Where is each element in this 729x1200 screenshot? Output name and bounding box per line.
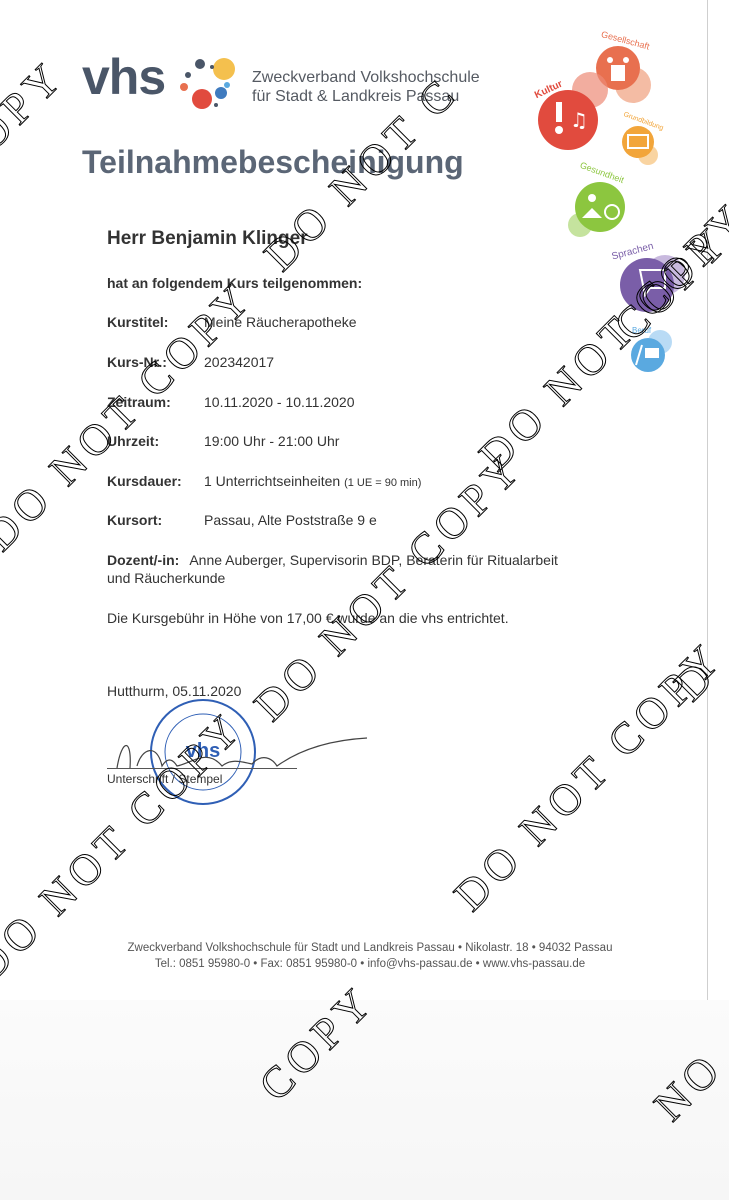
- org-name-line2: für Stadt & Landkreis Passau: [252, 87, 480, 106]
- signature-label: Unterschrift / Stempel: [107, 772, 222, 786]
- svg-text:Gesundheit: Gesundheit: [579, 160, 626, 185]
- field-value: 1 Unterrichtseinheiten: [204, 473, 340, 489]
- field-value: 19:00 Uhr - 21:00 Uhr: [204, 433, 339, 449]
- watermark: DO NOT COPY: [444, 631, 729, 921]
- recipient-name: Herr Benjamin Klinger: [107, 228, 308, 250]
- fee-statement: Die Kursgebühr in Höhe von 17,00 € wurde…: [107, 610, 509, 626]
- footer-contact: Tel.: 0851 95980-0 • Fax: 0851 95980-0 •…: [80, 956, 660, 972]
- field-time: Uhrzeit:19:00 Uhr - 21:00 Uhr: [107, 433, 339, 449]
- field-value: 202342017: [204, 354, 274, 370]
- signature-line: [107, 768, 297, 769]
- field-duration: Kursdauer:1 Unterrichtseinheiten (1 UE =…: [107, 473, 421, 489]
- field-note: (1 UE = 90 min): [344, 477, 421, 489]
- watermark: D: [664, 648, 727, 711]
- field-lecturer: Dozent/-in:Anne Auberger, Supervisorin B…: [107, 551, 567, 587]
- gesundheit-icon: Gesundheit: [568, 160, 626, 237]
- category-bubbles: Gesellschaft ♫ Kultur Grundbildung Gesun…: [530, 30, 700, 390]
- organization-name: Zweckverband Volkshochschule für Stadt &…: [252, 68, 480, 106]
- grundbildung-icon: Grundbildung: [622, 111, 664, 165]
- field-label: Kursort:: [107, 512, 204, 528]
- field-course-number: Kurs-Nr.:202342017: [107, 354, 274, 370]
- field-course-title: Kurstitel:Meine Räucherapotheke: [107, 314, 357, 330]
- intro-text: hat an folgendem Kurs teilgenommen:: [107, 275, 362, 291]
- page-edge: [707, 0, 708, 1000]
- watermark: OPY: [0, 50, 75, 161]
- beruf-icon: Beruf: [631, 326, 672, 372]
- svg-text:♫: ♫: [570, 108, 588, 132]
- svg-text:Beruf: Beruf: [632, 326, 652, 335]
- field-value: 10.11.2020 - 10.11.2020: [204, 394, 355, 410]
- org-name-line1: Zweckverband Volkshochschule: [252, 68, 480, 87]
- footer-address: Zweckverband Volkshochschule für Stadt u…: [80, 940, 660, 956]
- scan-margin: [0, 1000, 729, 1200]
- field-label: Kurstitel:: [107, 314, 204, 330]
- footer: Zweckverband Volkshochschule für Stadt u…: [80, 940, 660, 972]
- sprachen-icon: Sprachen: [611, 241, 685, 312]
- kultur-icon: ♫ Kultur: [533, 72, 608, 150]
- field-label: Kursdauer:: [107, 473, 204, 489]
- field-value: Passau, Alte Poststraße 9 e: [204, 512, 377, 528]
- field-label: Uhrzeit:: [107, 433, 204, 449]
- field-period: Zeitraum:10.11.2020 - 10.11.2020: [107, 394, 355, 410]
- field-label: Kurs-Nr.:: [107, 354, 204, 370]
- vhs-logo: vhs: [82, 52, 165, 102]
- logo-dots-icon: [180, 55, 240, 115]
- field-label: Dozent/-in:: [107, 552, 179, 568]
- field-label: Zeitraum:: [107, 394, 204, 410]
- document-title: Teilnahmebescheinigung: [82, 144, 464, 181]
- field-value: Meine Räucherapotheke: [204, 314, 357, 330]
- field-location: Kursort:Passau, Alte Poststraße 9 e: [107, 512, 377, 528]
